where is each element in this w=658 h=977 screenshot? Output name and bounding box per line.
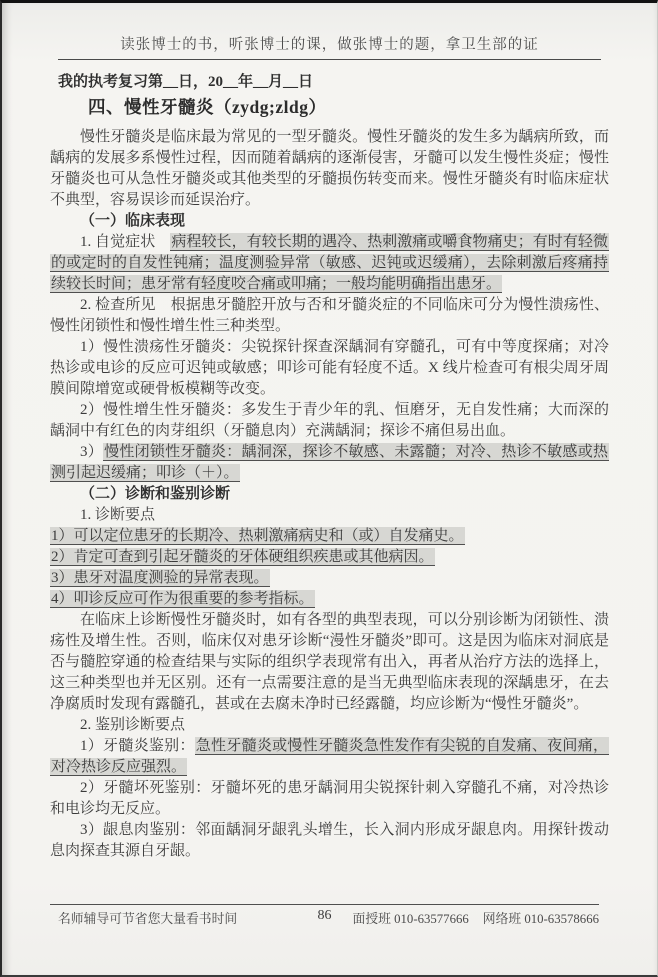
list-item-ulcerative: 1）慢性溃疡性牙髓炎：尖锐探针探查深龋洞有穿髓孔，可有中等度探痛；对冷热诊或电诊… [50,337,609,400]
list-item-diagnosis-2: 2）肯定可查到引起牙髓炎的牙体硬组织疾患或其他病因。 [50,547,609,568]
section-heading-clinical: （一）临床表现 [50,211,609,232]
page-title: 四、慢性牙髓炎（zydg;zldg） [88,97,609,118]
footer-tagline: 名师辅导可节省您大量看书时间 [50,908,237,927]
footer-contact-online: 网络班 010-63578666 [483,912,599,926]
footer-contacts: 面授班 010-63577666网络班 010-63578666 [339,908,599,927]
subheading-differential-points: 2. 鉴别诊断要点 [50,715,609,736]
header-slogan: 读张博士的书，听张博士的课，做张博士的题，拿卫生部的证 [2,33,657,54]
list-item-differential-necrosis: 2）牙髓坏死鉴别：牙髓坏死的患牙龋洞用尖锐探针刺入穿髓孔不痛，对冷热诊和电诊均无… [50,778,609,820]
highlight: 4）叩诊反应可作为很重要的参考指标。 [50,590,315,608]
document-body: 我的执考复习第__日，20__年__月__日 四、慢性牙髓炎（zydg;zldg… [50,72,609,862]
list-item-hyperplastic: 2）慢性增生性牙髓炎：多发生于青少年的乳、恒磨牙，无自发性痛；大而深的龋洞中有红… [50,400,609,442]
header-divider [58,59,601,60]
paragraph-clinical-note: 在临床上诊断慢性牙髓炎时，如有各型的典型表现，可以分别诊断为闭锁性、溃疡性及增生… [50,610,609,715]
footer-contact-onsite: 面授班 010-63577666 [353,912,469,926]
list-item-diagnosis-1: 1）可以定位患牙的长期冷、热刺激痛病史和（或）自发痛史。 [50,526,609,547]
highlight: 慢性闭锁性牙髓炎：龋洞深，探诊不敏感、未露髓；对冷、热诊不敏感或热测引起迟缓痛；… [50,443,609,482]
scanned-document-page: 读张博士的书，听张博士的课，做张博士的题，拿卫生部的证 我的执考复习第__日，2… [0,0,658,977]
list-item-diagnosis-4: 4）叩诊反应可作为很重要的参考指标。 [50,589,609,610]
section-heading-diagnosis: （二）诊断和鉴别诊断 [50,484,609,505]
list-item-differential-polyp: 3）龈息肉鉴别：邻面龋洞牙龈乳头增生，长入洞内形成牙龈息肉。用探针拨动息肉探查其… [50,820,609,862]
highlight: 1）可以定位患牙的长期冷、热刺激痛病史和（或）自发痛史。 [50,527,465,545]
page-number: 86 [318,908,332,924]
paragraph-examination: 2. 检查所见 根据患牙髓腔开放与否和牙髓炎症的不同临床可分为慢性溃疡性、慢性闭… [50,295,609,337]
footer-divider [50,904,599,905]
highlight: 2）肯定可查到引起牙髓炎的牙体硬组织疾患或其他病因。 [50,548,435,566]
paragraph-symptoms: 1. 自觉症状 病程较长，有较长期的遇冷、热刺激痛或嚼食物痛史；有时有轻微的或定… [50,232,609,295]
page-footer: 名师辅导可节省您大量看书时间 86 面授班 010-63577666网络班 01… [50,904,599,927]
highlight: 3）患牙对温度测验的异常表现。 [50,569,270,587]
subheading-diagnosis-points: 1. 诊断要点 [50,505,609,526]
paragraph-intro: 慢性牙髓炎是临床最为常见的一型牙髓炎。慢性牙髓炎的发生多为龋病所致，而龋病的发展… [50,127,609,211]
list-item-differential-pulpitis: 1）牙髓炎鉴别：急性牙髓炎或慢性牙髓炎急性发作有尖锐的自发痛、夜间痛，对冷热诊反… [50,736,609,778]
list-item-closed: 3）慢性闭锁性牙髓炎：龋洞深，探诊不敏感、未露髓；对冷、热诊不敏感或热测引起迟缓… [50,442,609,484]
review-date-line: 我的执考复习第__日，20__年__月__日 [58,72,609,93]
list-item-diagnosis-3: 3）患牙对温度测验的异常表现。 [50,568,609,589]
